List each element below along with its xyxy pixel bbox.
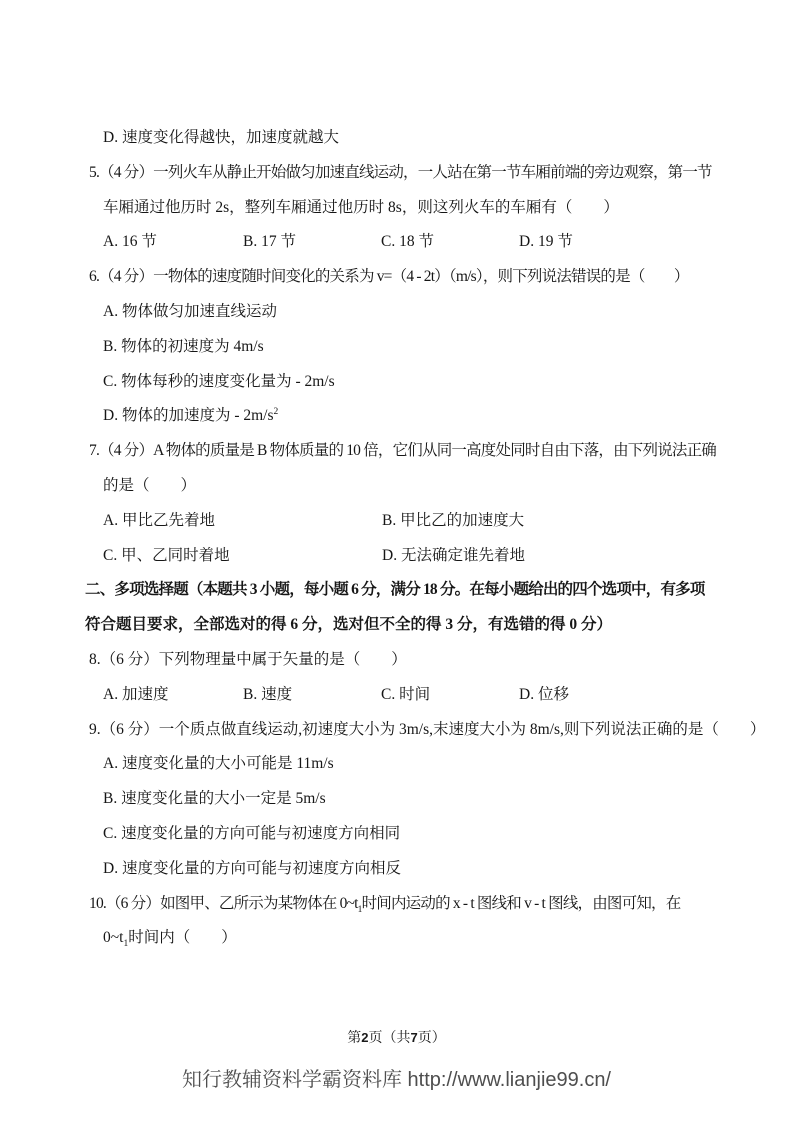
option-line: C. 物体每秒的速度变化量为 - 2m/s [85, 365, 745, 400]
options-row: A. 16 节B. 17 节C. 18 节D. 19 节 [85, 225, 745, 260]
footer-suffix: 页） [418, 1031, 446, 1046]
option-line: 的是（ ） [85, 469, 745, 504]
text-run: A. 速度变化量的大小可能是 11m/s [103, 755, 334, 772]
text-run: B. 物体的初速度为 4m/s [103, 338, 264, 355]
question-stem-line: 6.（4 分）一物体的速度随时间变化的关系为 v=（4 - 2t）（m/s），则… [85, 260, 745, 295]
exam-page: D. 速度变化得越快，加速度就越大5.（4 分）一列火车从静止开始做匀加速直线运… [0, 0, 793, 1122]
option-cell: C. 甲、乙同时着地 [103, 539, 230, 574]
option-cell: A. 甲比乙先着地 [103, 504, 215, 539]
option-line: C. 速度变化量的方向可能与初速度方向相同 [85, 817, 745, 852]
text-run: 二、多项选择题（本题共 3 小题，每小题 6 分，满分 18 分。在每小题给出的… [85, 581, 705, 598]
option-line: 车厢通过他历时 2s，整列车厢通过他历时 8s，则这列火车的车厢有（ ） [85, 191, 745, 226]
text-run: 0~t [103, 929, 123, 946]
footer-prefix: 第 [347, 1031, 361, 1046]
text-run: 8.（6 分）下列物理量中属于矢量的是（ ） [89, 651, 407, 668]
question-stem-line: 10.（6 分）如图甲、乙所示为某物体在 0~t1时间内运动的 x - t 图线… [85, 887, 745, 922]
option-cell: B. 甲比乙的加速度大 [382, 504, 524, 539]
text-run: 符合题目要求，全部选对的得 6 分，选对但不全的得 3 分，有选错的得 0 分） [85, 616, 612, 633]
text-run: D. 速度变化得越快，加速度就越大 [103, 129, 339, 146]
question-stem-line: 9.（6 分）一个质点做直线运动,初速度大小为 3m/s,末速度大小为 8m/s… [85, 713, 745, 748]
option-line: B. 速度变化量的大小一定是 5m/s [85, 782, 745, 817]
text-run: 9.（6 分）一个质点做直线运动,初速度大小为 3m/s,末速度大小为 8m/s… [89, 721, 765, 738]
question-stem-line: 8.（6 分）下列物理量中属于矢量的是（ ） [85, 643, 745, 678]
option-line: A. 物体做匀加速直线运动 [85, 295, 745, 330]
option-cell: A. 16 节 [103, 225, 157, 260]
question-stem-line: 5.（4 分）一列火车从静止开始做匀加速直线运动，一人站在第一节车厢前端的旁边观… [85, 156, 745, 191]
option-line: D. 物体的加速度为 - 2m/s2 [85, 399, 745, 434]
option-line: D. 速度变化得越快，加速度就越大 [85, 121, 745, 156]
text-run: 时间内（ ） [128, 929, 237, 946]
section-header-line: 二、多项选择题（本题共 3 小题，每小题 6 分，满分 18 分。在每小题给出的… [85, 573, 745, 608]
options-row: C. 甲、乙同时着地D. 无法确定谁先着地 [85, 539, 745, 574]
option-cell: C. 时间 [381, 678, 430, 713]
option-line: D. 速度变化量的方向可能与初速度方向相反 [85, 852, 745, 887]
text-run: 时间内运动的 x - t 图线和 v - t 图线，由图可知，在 [362, 895, 681, 912]
options-row: A. 甲比乙先着地B. 甲比乙的加速度大 [85, 504, 745, 539]
page-footer: 第2页（共7页） [0, 1027, 793, 1047]
text-run: 10.（6 分）如图甲、乙所示为某物体在 0~t [89, 895, 358, 912]
footer-page-number: 2 [361, 1030, 368, 1045]
text-run: 5.（4 分）一列火车从静止开始做匀加速直线运动，一人站在第一节车厢前端的旁边观… [89, 164, 712, 181]
option-cell: B. 17 节 [243, 225, 296, 260]
options-row: A. 加速度B. 速度C. 时间D. 位移 [85, 678, 745, 713]
option-cell: D. 19 节 [519, 225, 573, 260]
text-run: D. 物体的加速度为 - 2m/s [103, 407, 274, 424]
question-stem-line: 7.（4 分）A 物体的质量是 B 物体质量的 10 倍，它们从同一高度处同时自… [85, 434, 745, 469]
section-header-line: 符合题目要求，全部选对的得 6 分，选对但不全的得 3 分，有选错的得 0 分） [85, 608, 745, 643]
text-run: 7.（4 分）A 物体的质量是 B 物体质量的 10 倍，它们从同一高度处同时自… [89, 442, 716, 459]
text-run: B. 速度变化量的大小一定是 5m/s [103, 790, 326, 807]
watermark-text: 知行教辅资料学霸资料库 http://www.lianjie99.cn/ [0, 1063, 793, 1092]
option-cell: C. 18 节 [381, 225, 434, 260]
text-run: 6.（4 分）一物体的速度随时间变化的关系为 v=（4 - 2t）（m/s），则… [89, 268, 689, 285]
option-cell: A. 加速度 [103, 678, 168, 713]
exam-body: D. 速度变化得越快，加速度就越大5.（4 分）一列火车从静止开始做匀加速直线运… [85, 121, 745, 956]
option-line: 0~t1时间内（ ） [85, 921, 745, 956]
option-cell: B. 速度 [243, 678, 292, 713]
text-run: A. 物体做匀加速直线运动 [103, 303, 277, 320]
text-run: 车厢通过他历时 2s，整列车厢通过他历时 8s，则这列火车的车厢有（ ） [103, 199, 619, 216]
text-run: D. 速度变化量的方向可能与初速度方向相反 [103, 860, 401, 877]
text-run: 的是（ ） [103, 477, 196, 494]
sup-text: 2 [274, 407, 279, 417]
option-line: B. 物体的初速度为 4m/s [85, 330, 745, 365]
footer-page-total: 7 [411, 1030, 418, 1045]
option-cell: D. 位移 [519, 678, 569, 713]
text-run: C. 速度变化量的方向可能与初速度方向相同 [103, 825, 400, 842]
option-line: A. 速度变化量的大小可能是 11m/s [85, 747, 745, 782]
option-cell: D. 无法确定谁先着地 [382, 539, 525, 574]
footer-middle: 页（共 [369, 1031, 411, 1046]
text-run: C. 物体每秒的速度变化量为 - 2m/s [103, 373, 335, 390]
